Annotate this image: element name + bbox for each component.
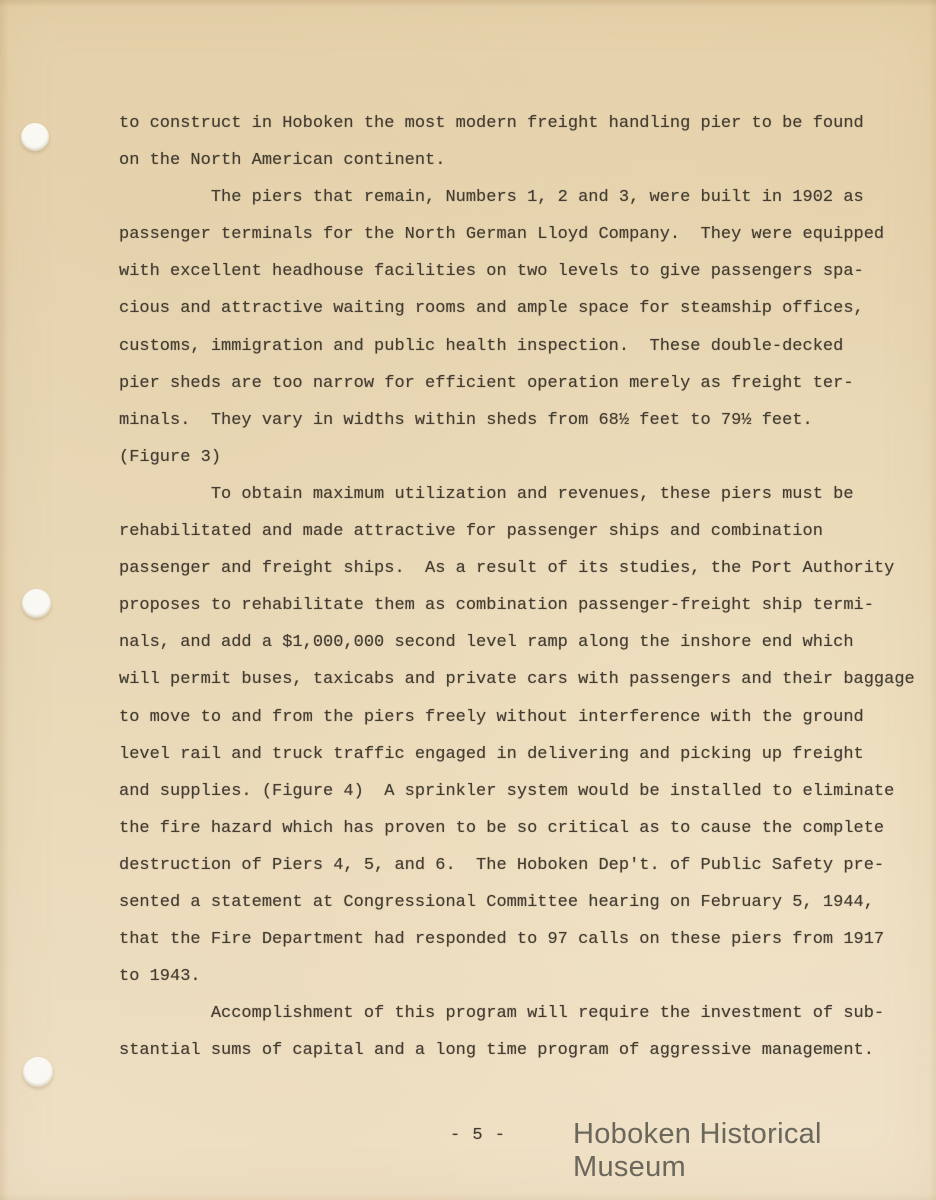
text-line: sented a statement at Congressional Comm… (119, 884, 929, 921)
text-line: To obtain maximum utilization and revenu… (119, 476, 929, 513)
text-line: destruction of Piers 4, 5, and 6. The Ho… (119, 847, 929, 884)
text-line: will permit buses, taxicabs and private … (119, 661, 929, 698)
hole-punch-middle (22, 589, 51, 618)
text-line: passenger and freight ships. As a result… (119, 550, 929, 587)
text-line: The piers that remain, Numbers 1, 2 and … (119, 179, 929, 216)
text-line: on the North American continent. (119, 142, 929, 179)
text-line: rehabilitated and made attractive for pa… (119, 513, 929, 550)
text-line: customs, immigration and public health i… (119, 328, 929, 365)
text-line: nals, and add a $1,000,000 second level … (119, 624, 929, 661)
typewritten-text: to construct in Hoboken the most modern … (119, 105, 929, 1069)
text-line: passenger terminals for the North German… (119, 216, 929, 253)
text-line: to move to and from the piers freely wit… (119, 699, 929, 736)
museum-watermark: Hoboken Historical Museum (573, 1118, 936, 1184)
text-line: stantial sums of capital and a long time… (119, 1032, 929, 1069)
text-line: the fire hazard which has proven to be s… (119, 810, 929, 847)
text-line: proposes to rehabilitate them as combina… (119, 587, 929, 624)
text-line: minals. They vary in widths within sheds… (119, 402, 929, 439)
text-line: to construct in Hoboken the most modern … (119, 105, 929, 142)
text-line: cious and attractive waiting rooms and a… (119, 290, 929, 327)
hole-punch-bottom (23, 1057, 53, 1087)
text-line: Accomplishment of this program will requ… (119, 995, 929, 1032)
text-line: pier sheds are too narrow for efficient … (119, 365, 929, 402)
text-line: to 1943. (119, 958, 929, 995)
text-line: (Figure 3) (119, 439, 929, 476)
text-line: and supplies. (Figure 4) A sprinkler sys… (119, 773, 929, 810)
text-line: that the Fire Department had responded t… (119, 921, 929, 958)
scanned-document-page: to construct in Hoboken the most modern … (0, 0, 936, 1200)
text-line: with excellent headhouse facilities on t… (119, 253, 929, 290)
hole-punch-top (21, 123, 49, 151)
text-line: level rail and truck traffic engaged in … (119, 736, 929, 773)
page-number: - 5 - (450, 1126, 506, 1145)
